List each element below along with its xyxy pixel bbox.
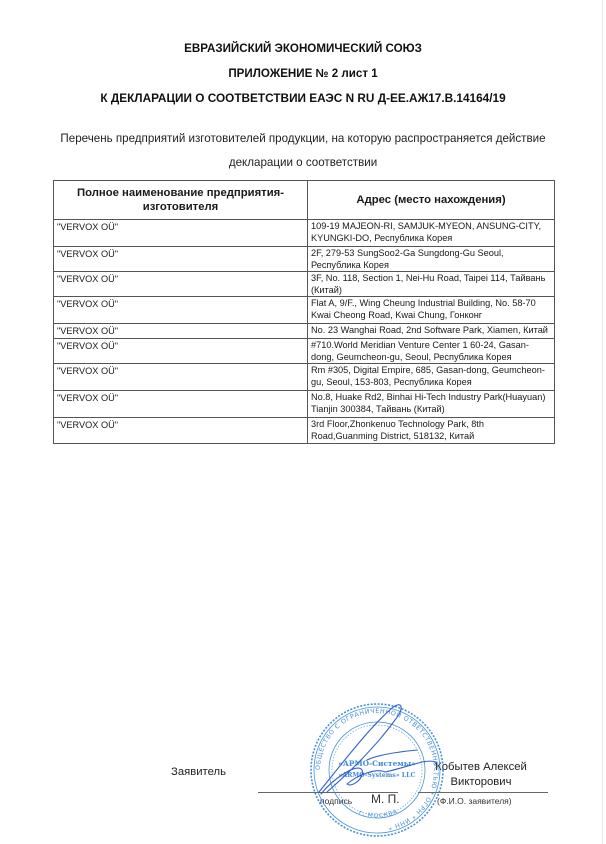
manufacturer-address: 3F, No. 118, Section 1, Nei-Hu Road, Tai… <box>308 272 555 297</box>
manufacturer-name: "VERVOX OÜ" <box>54 247 308 272</box>
name-caption: (Ф.И.О. заявителя) <box>437 796 512 806</box>
union-title: ЕВРАЗИЙСКИЙ ЭКОНОМИЧЕСКИЙ СОЮЗ <box>0 42 606 55</box>
table-row: "VERVOX OÜ" 2F, 279-53 SungSoo2-Ga Sungd… <box>54 247 555 272</box>
table-row: "VERVOX OÜ" Flat A, 9/F., Wing Cheung In… <box>54 297 555 324</box>
manufacturer-name: "VERVOX OÜ" <box>54 272 308 297</box>
manufacturer-address: 3rd Floor,Zhonkenuo Technology Park, 8th… <box>308 418 555 444</box>
declaration-title: К ДЕКЛАРАЦИИ О СООТВЕТСТВИИ ЕАЭС N RU Д-… <box>0 91 606 105</box>
manufacturer-address: 109-19 MAJEON-RI, SAMJUK-MYEON, ANSUNG-C… <box>308 220 555 247</box>
svg-text:г. МОСКВА: г. МОСКВА <box>358 808 399 820</box>
manufacturer-name: "VERVOX OÜ" <box>54 324 308 339</box>
manufacturer-name: "VERVOX OÜ" <box>54 339 308 364</box>
table-row: "VERVOX OÜ" 109-19 MAJEON-RI, SAMJUK-MYE… <box>54 220 555 247</box>
table-header-row: Полное наименование предприятия-изготови… <box>54 181 555 220</box>
table-row: "VERVOX OÜ" Rm #305, Digital Empire, 685… <box>54 364 555 391</box>
intro-line-2: декларации о соответствии <box>0 151 606 175</box>
table-row: "VERVOX OÜ" 3F, No. 118, Section 1, Nei-… <box>54 272 555 297</box>
company-stamp-icon: ОБЩЕСТВО С ОГРАНИЧЕННОЙ ОТВЕТСТВЕННОСТЬЮ… <box>307 700 447 840</box>
manufacturer-address: No. 23 Wanghai Road, 2nd Software Park, … <box>308 324 555 339</box>
column-header-name: Полное наименование предприятия-изготови… <box>54 181 308 220</box>
applicant-label: Заявитель <box>171 766 226 778</box>
table-row: "VERVOX OÜ" No.8, Huake Rd2, Binhai Hi-T… <box>54 391 555 418</box>
manufacturer-address: 2F, 279-53 SungSoo2-Ga Sungdong-Gu Seoul… <box>308 247 555 272</box>
stamp-city: г. МОСКВА <box>358 808 399 820</box>
manufacturer-name: "VERVOX OÜ" <box>54 220 308 247</box>
intro-line-1: Перечень предприятий изготовителей проду… <box>0 127 606 151</box>
column-header-address: Адрес (место нахождения) <box>308 181 555 220</box>
manufacturer-name: "VERVOX OÜ" <box>54 418 308 444</box>
manufacturer-address: Rm #305, Digital Empire, 685, Gasan-dong… <box>308 364 555 391</box>
stamp-company-en: «ARMO-Systems» LLC <box>339 772 416 779</box>
manufacturer-address: Flat A, 9/F., Wing Cheung Industrial Bui… <box>308 297 555 324</box>
table-row: "VERVOX OÜ" No. 23 Wanghai Road, 2nd Sof… <box>54 324 555 339</box>
appendix-title: ПРИЛОЖЕНИЕ № 2 лист 1 <box>0 67 606 80</box>
manufacturer-address: No.8, Huake Rd2, Binhai Hi-Tech Industry… <box>308 391 555 418</box>
manufacturer-name: "VERVOX OÜ" <box>54 391 308 418</box>
manufacturer-address: #710.World Meridian Venture Center 1 60-… <box>308 339 555 364</box>
table-row: "VERVOX OÜ" 3rd Floor,Zhonkenuo Technolo… <box>54 418 555 444</box>
manufacturers-table: Полное наименование предприятия-изготови… <box>53 180 555 444</box>
table-row: "VERVOX OÜ" #710.World Meridian Venture … <box>54 339 555 364</box>
manufacturer-name: "VERVOX OÜ" <box>54 297 308 324</box>
manufacturer-name: "VERVOX OÜ" <box>54 364 308 391</box>
